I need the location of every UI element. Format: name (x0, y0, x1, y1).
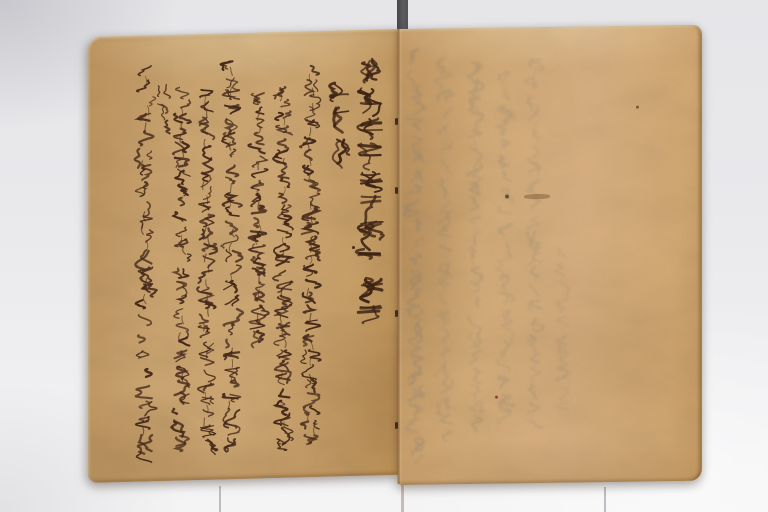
bleedthrough-column (460, 55, 490, 439)
bleedthrough-column-strokes (490, 63, 520, 431)
bleedthrough-column (520, 53, 550, 441)
left-page: 新古今和謌集巻第十九神祇哥たちらめやきみのさ見れひめこ松たにひ来まれさるめつとい… (88, 29, 399, 483)
left-page-text-layer: 新古今和謌集巻第十九神祇哥たちらめやきみのさ見れひめこ松たにひ来まれさるめつとい… (88, 29, 399, 37)
binding-stitch-mark (395, 310, 398, 317)
left-page-marks-layer (88, 29, 399, 37)
stain-smudge (524, 194, 550, 199)
binding-stitch-mark (395, 118, 398, 125)
bleedthrough-column (548, 241, 577, 425)
bleedthrough-column-strokes (548, 241, 577, 425)
volume-title-column-strokes (352, 51, 390, 336)
poem-column-strokes (129, 55, 161, 474)
ink-speck (495, 396, 498, 399)
ink-speck (505, 194, 509, 198)
section-title-column-strokes (324, 74, 357, 169)
right-page-bleedthrough-layer (398, 25, 702, 29)
section-title-column: 神祇哥 (324, 74, 357, 169)
right-page-marks-layer (398, 25, 702, 29)
binding-stitch-mark (395, 422, 398, 429)
bleedthrough-column-strokes (460, 55, 490, 439)
binding-gutter-crease (397, 28, 400, 484)
bleedthrough-column-strokes (520, 53, 550, 441)
right-page (398, 25, 702, 485)
bleedthrough-column (430, 50, 460, 452)
photo-of-manuscript-book: 新古今和謌集巻第十九神祇哥たちらめやきみのさ見れひめこ松たにひ来まれさるめつとい… (0, 0, 768, 512)
bleedthrough-column-strokes (430, 50, 460, 452)
bleedthrough-column (400, 44, 431, 476)
poem-column: えそくのへをこのこつ小萩さえてはそきえん火の春波 (129, 55, 161, 474)
binding-stitch-mark (395, 187, 398, 194)
bleedthrough-column-strokes (400, 44, 431, 476)
ink-speck (636, 106, 639, 109)
bleedthrough-column (490, 63, 520, 431)
open-manuscript-book: 新古今和謌集巻第十九神祇哥たちらめやきみのさ見れひめこ松たにひ来まれさるめつとい… (0, 0, 768, 512)
volume-title-column: 新古今和謌集巻第十九 (352, 51, 390, 336)
